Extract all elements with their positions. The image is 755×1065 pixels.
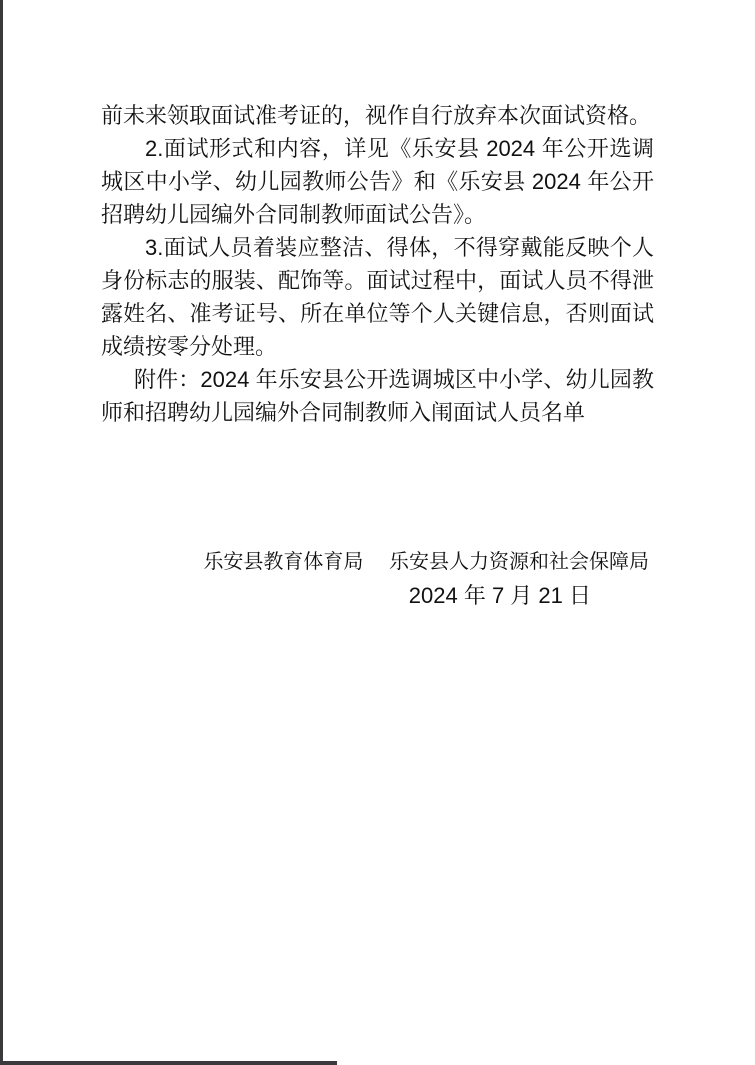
paragraph-dress-code-rules: 3.面试人员着装应整洁、得体，不得穿戴能反映个人身份标志的服装、配饰等。面试过程…: [101, 231, 654, 363]
issuing-agencies: 乐安县教育体育局 乐安县人力资源和社会保障局: [101, 546, 654, 579]
attachment-note: 附件：2024 年乐安县公开选调城区中小学、幼儿园教师和招聘幼儿园编外合同制教师…: [101, 363, 654, 429]
paragraph-interview-format: 2.面试形式和内容，详见《乐安县 2024 年公开选调城区中小学、幼儿园教师公告…: [101, 132, 654, 231]
page-bottom-edge-line: [0, 1061, 337, 1065]
document-content: 前未来领取面试准考证的，视作自行放弃本次面试资格。 2.面试形式和内容，详见《乐…: [101, 0, 654, 612]
paragraph-forfeit-notice: 前未来领取面试准考证的，视作自行放弃本次面试资格。: [101, 99, 654, 132]
signature-block: 乐安县教育体育局 乐安县人力资源和社会保障局 2024 年 7 月 21 日: [101, 546, 654, 612]
document-page: 前未来领取面试准考证的，视作自行放弃本次面试资格。 2.面试形式和内容，详见《乐…: [0, 0, 755, 1065]
signature-date: 2024 年 7 月 21 日: [101, 579, 654, 612]
page-left-edge-line: [0, 0, 3, 1065]
